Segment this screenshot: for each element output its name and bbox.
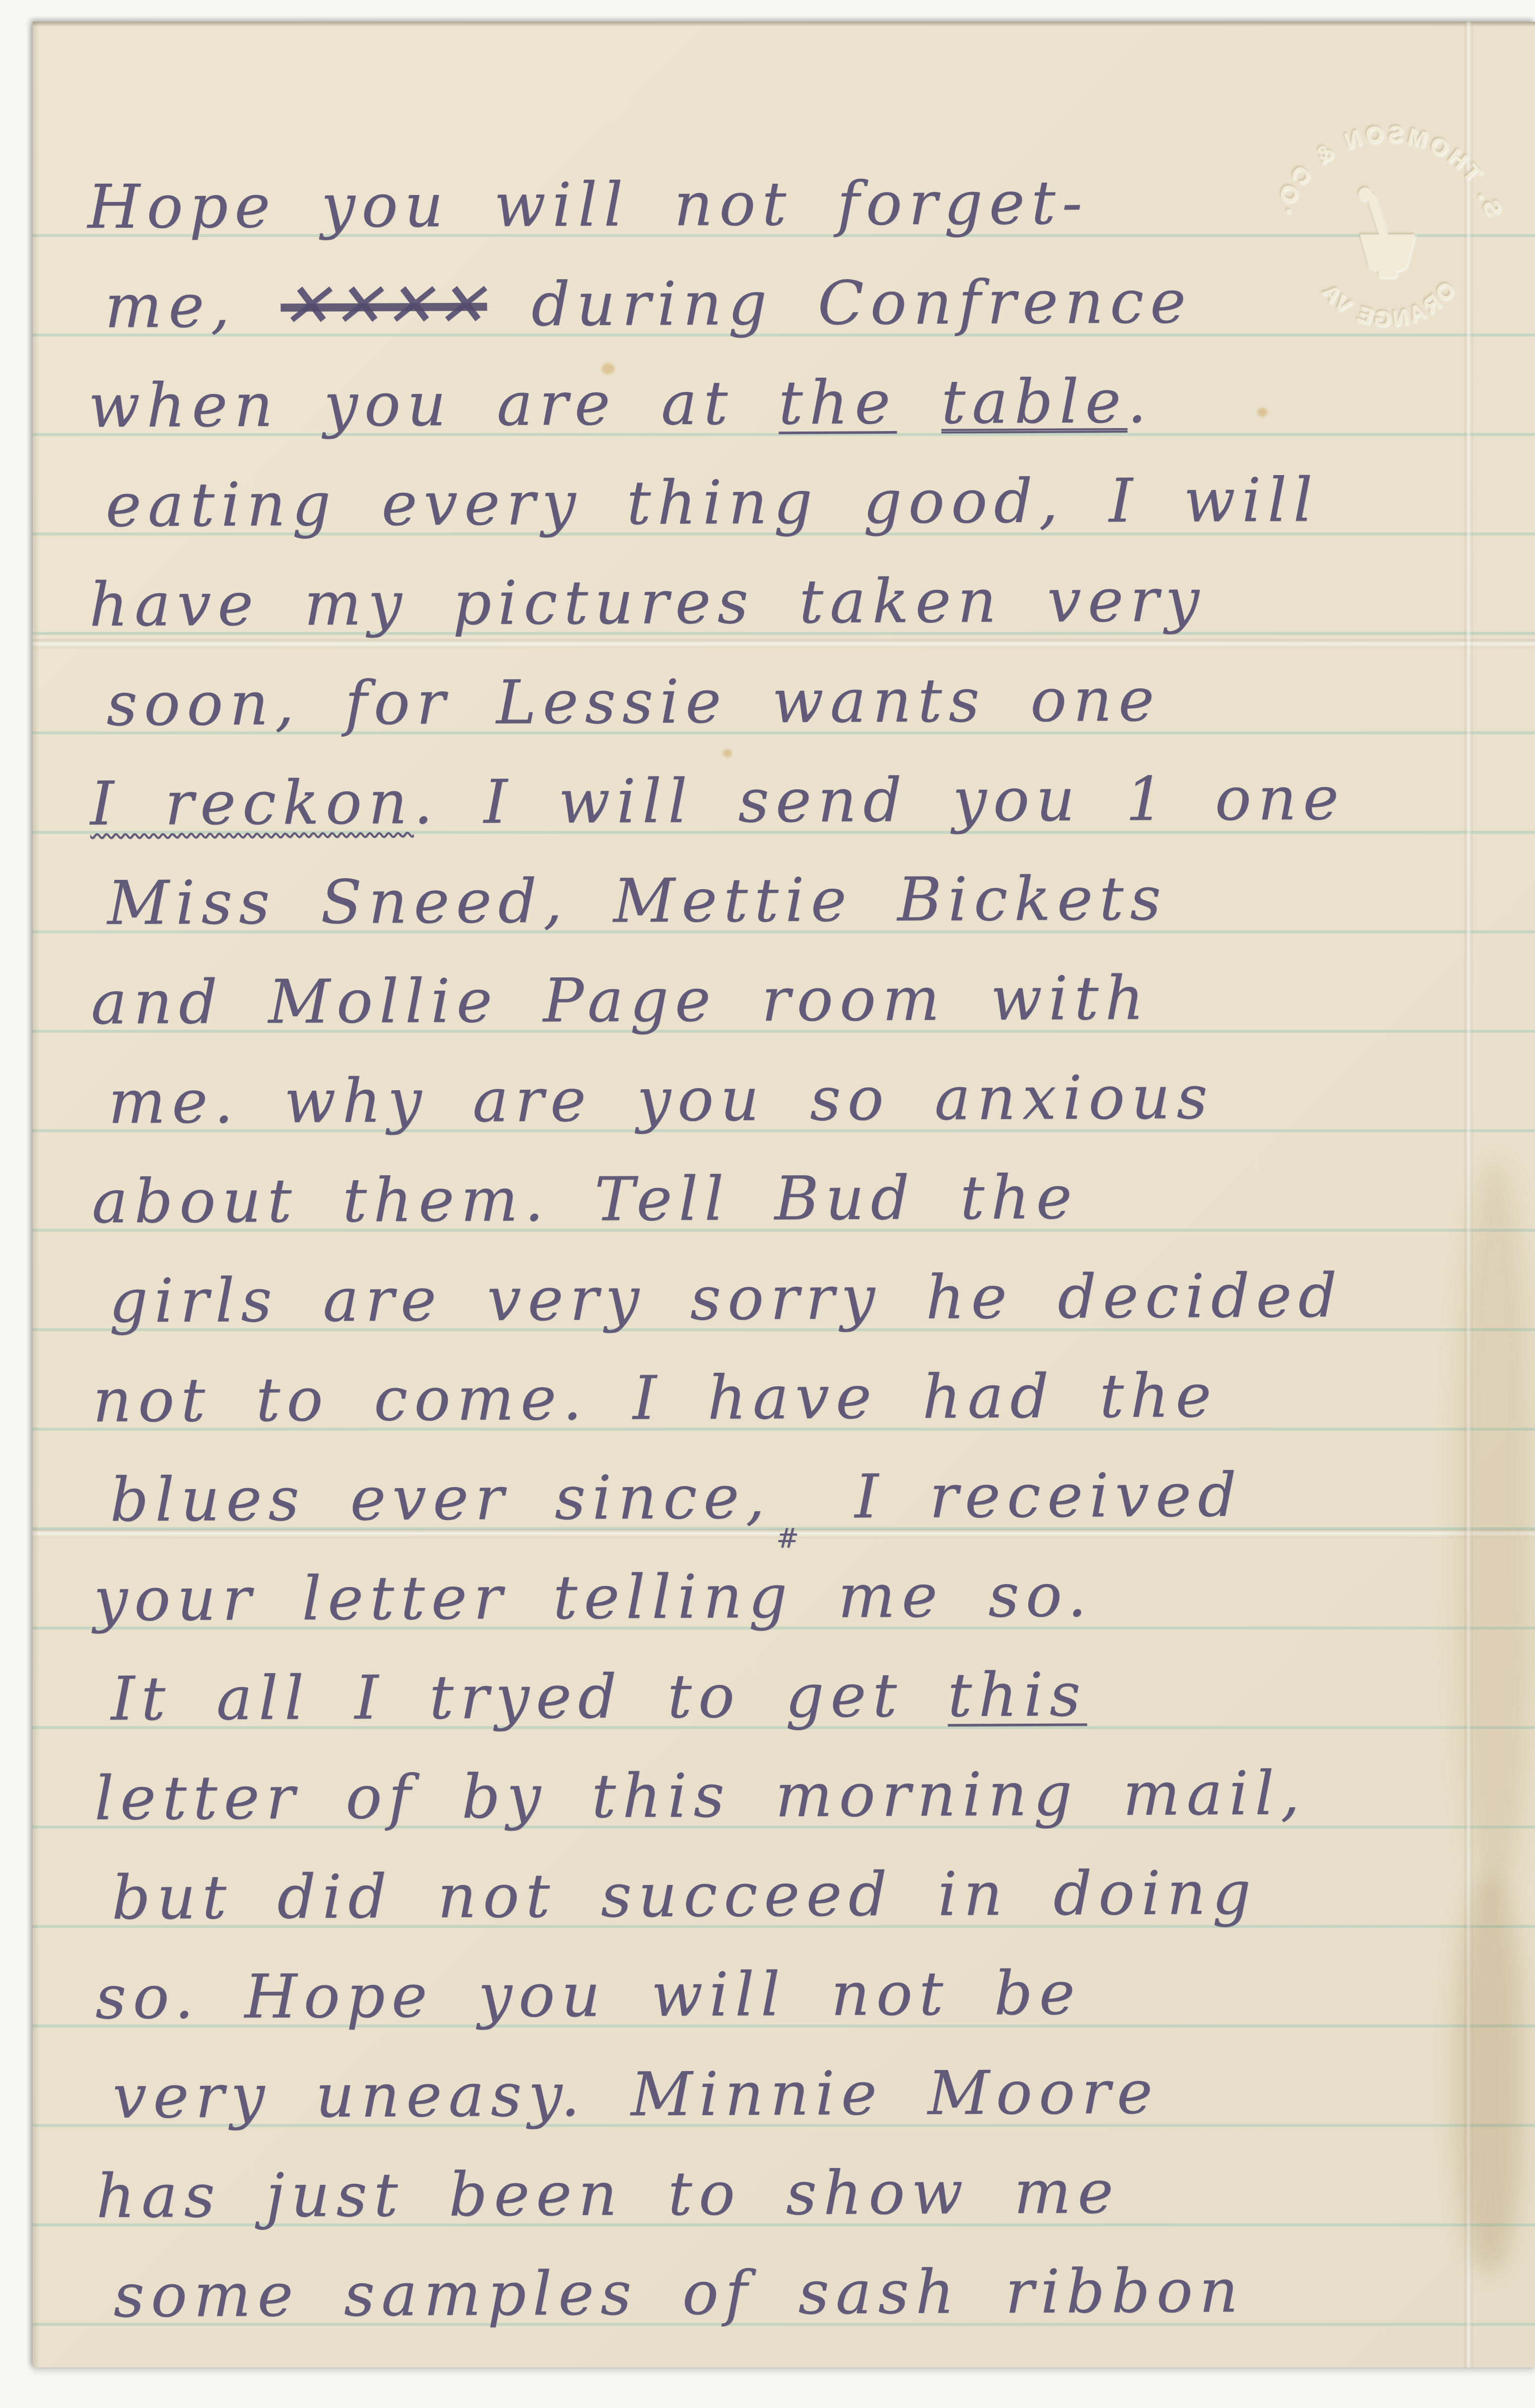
handwriting-line: soon, for Lessie wants one	[106, 649, 1503, 754]
letter-page: S. THOMSON & CO. ORANGE VA Hope you will…	[33, 22, 1535, 2367]
handwriting-line: when you are at the table.	[88, 350, 1502, 456]
handwriting-segment: during Confrence	[487, 267, 1193, 340]
handwriting-segment: . I will send you 1 one	[414, 763, 1345, 837]
handwriting-line: me. why are you so anxious	[108, 1047, 1505, 1152]
handwriting-segment: me. why are you so anxious	[108, 1062, 1214, 1137]
handwriting-line: and Mollie Page room with	[91, 947, 1504, 1053]
letter-body: Hope you will not forget-me, ✕✕✕✕ during…	[87, 151, 1510, 2346]
handwriting-line: Hope you will not forget-	[87, 151, 1501, 257]
handwriting-line: but did not succeed in doing	[111, 1842, 1508, 1948]
handwriting-line: I reckon. I will send you 1 one	[90, 748, 1504, 854]
handwriting-line: It all I tryed to get this	[111, 1643, 1508, 1749]
scratched-out-word: ✕✕✕✕	[281, 270, 487, 341]
handwriting-segment: very uneasy. Minnie Moore	[112, 2057, 1159, 2132]
handwriting-segment: I reckon	[90, 767, 414, 839]
handwriting-segment: has just been to show me	[96, 2157, 1120, 2231]
handwriting-line: Miss Sneed, Mettie Bickets	[107, 848, 1504, 953]
handwriting-line: have my pictures taken very	[89, 549, 1503, 655]
handwriting-segment: letter of by this morning mail,	[95, 1758, 1306, 1834]
handwriting-line: letter of by this morning mail,	[94, 1743, 1508, 1848]
handwriting-segment: some samples of sash ribbon	[113, 2256, 1245, 2331]
handwriting-segment: but did not succeed in doing	[111, 1858, 1257, 1933]
handwriting-line: very uneasy. Minnie Moore	[112, 2041, 1509, 2147]
handwriting-segment: so. Hope you will not be	[95, 1958, 1081, 2033]
handwriting-segment: eating every thing good, I will	[105, 465, 1319, 540]
handwriting-line: me, ✕✕✕✕ during Confrence	[104, 251, 1501, 356]
handwriting-segment: and Mollie Page room with	[91, 963, 1151, 1038]
handwriting-segment: Miss Sneed, Mettie Bickets	[107, 864, 1168, 938]
handwriting-segment: this	[948, 1659, 1087, 1730]
handwriting-segment: the	[778, 367, 897, 438]
handwriting-segment: your letter telling me so.	[94, 1560, 1093, 1635]
handwriting-line: so. Hope you will not be	[95, 1942, 1509, 2047]
handwriting-segment: me,	[104, 271, 281, 342]
handwriting-segment: not to come. I have had the	[93, 1360, 1218, 1436]
handwriting-line: not to come. I have had the	[93, 1345, 1506, 1450]
handwriting-segment: have my pictures taken very	[89, 565, 1206, 640]
handwriting-segment: I received	[810, 1460, 1243, 1532]
handwriting-segment: blues ever since,	[110, 1462, 771, 1535]
handwriting-segment: Hope you will not forget-	[87, 167, 1089, 242]
handwriting-segment: girls are very sorry he decided	[109, 1260, 1343, 1336]
handwriting-segment	[897, 367, 941, 437]
handwriting-segment: table	[941, 366, 1128, 437]
handwriting-segment: when you are at	[88, 368, 778, 441]
handwriting-segment: It all I tryed to get	[111, 1660, 948, 1734]
handwriting-line: your letter telling me so.	[94, 1544, 1507, 1649]
scanned-letter: S. THOMSON & CO. ORANGE VA Hope you will…	[0, 0, 1535, 2408]
handwriting-segment: soon, for Lessie wants one	[106, 665, 1161, 739]
handwriting-line: girls are very sorry he decided	[109, 1246, 1506, 1351]
handwriting-line: blues ever since,# I received	[110, 1445, 1507, 1550]
handwriting-line: about them. Tell Bud the	[92, 1146, 1505, 1252]
handwriting-line: some samples of sash ribbon	[113, 2240, 1510, 2346]
handwriting-segment: about them. Tell Bud the	[92, 1162, 1078, 1237]
handwriting-segment: .	[1127, 366, 1153, 436]
handwriting-line: has just been to show me	[96, 2141, 1510, 2246]
handwriting-line: eating every thing good, I will	[105, 450, 1502, 555]
